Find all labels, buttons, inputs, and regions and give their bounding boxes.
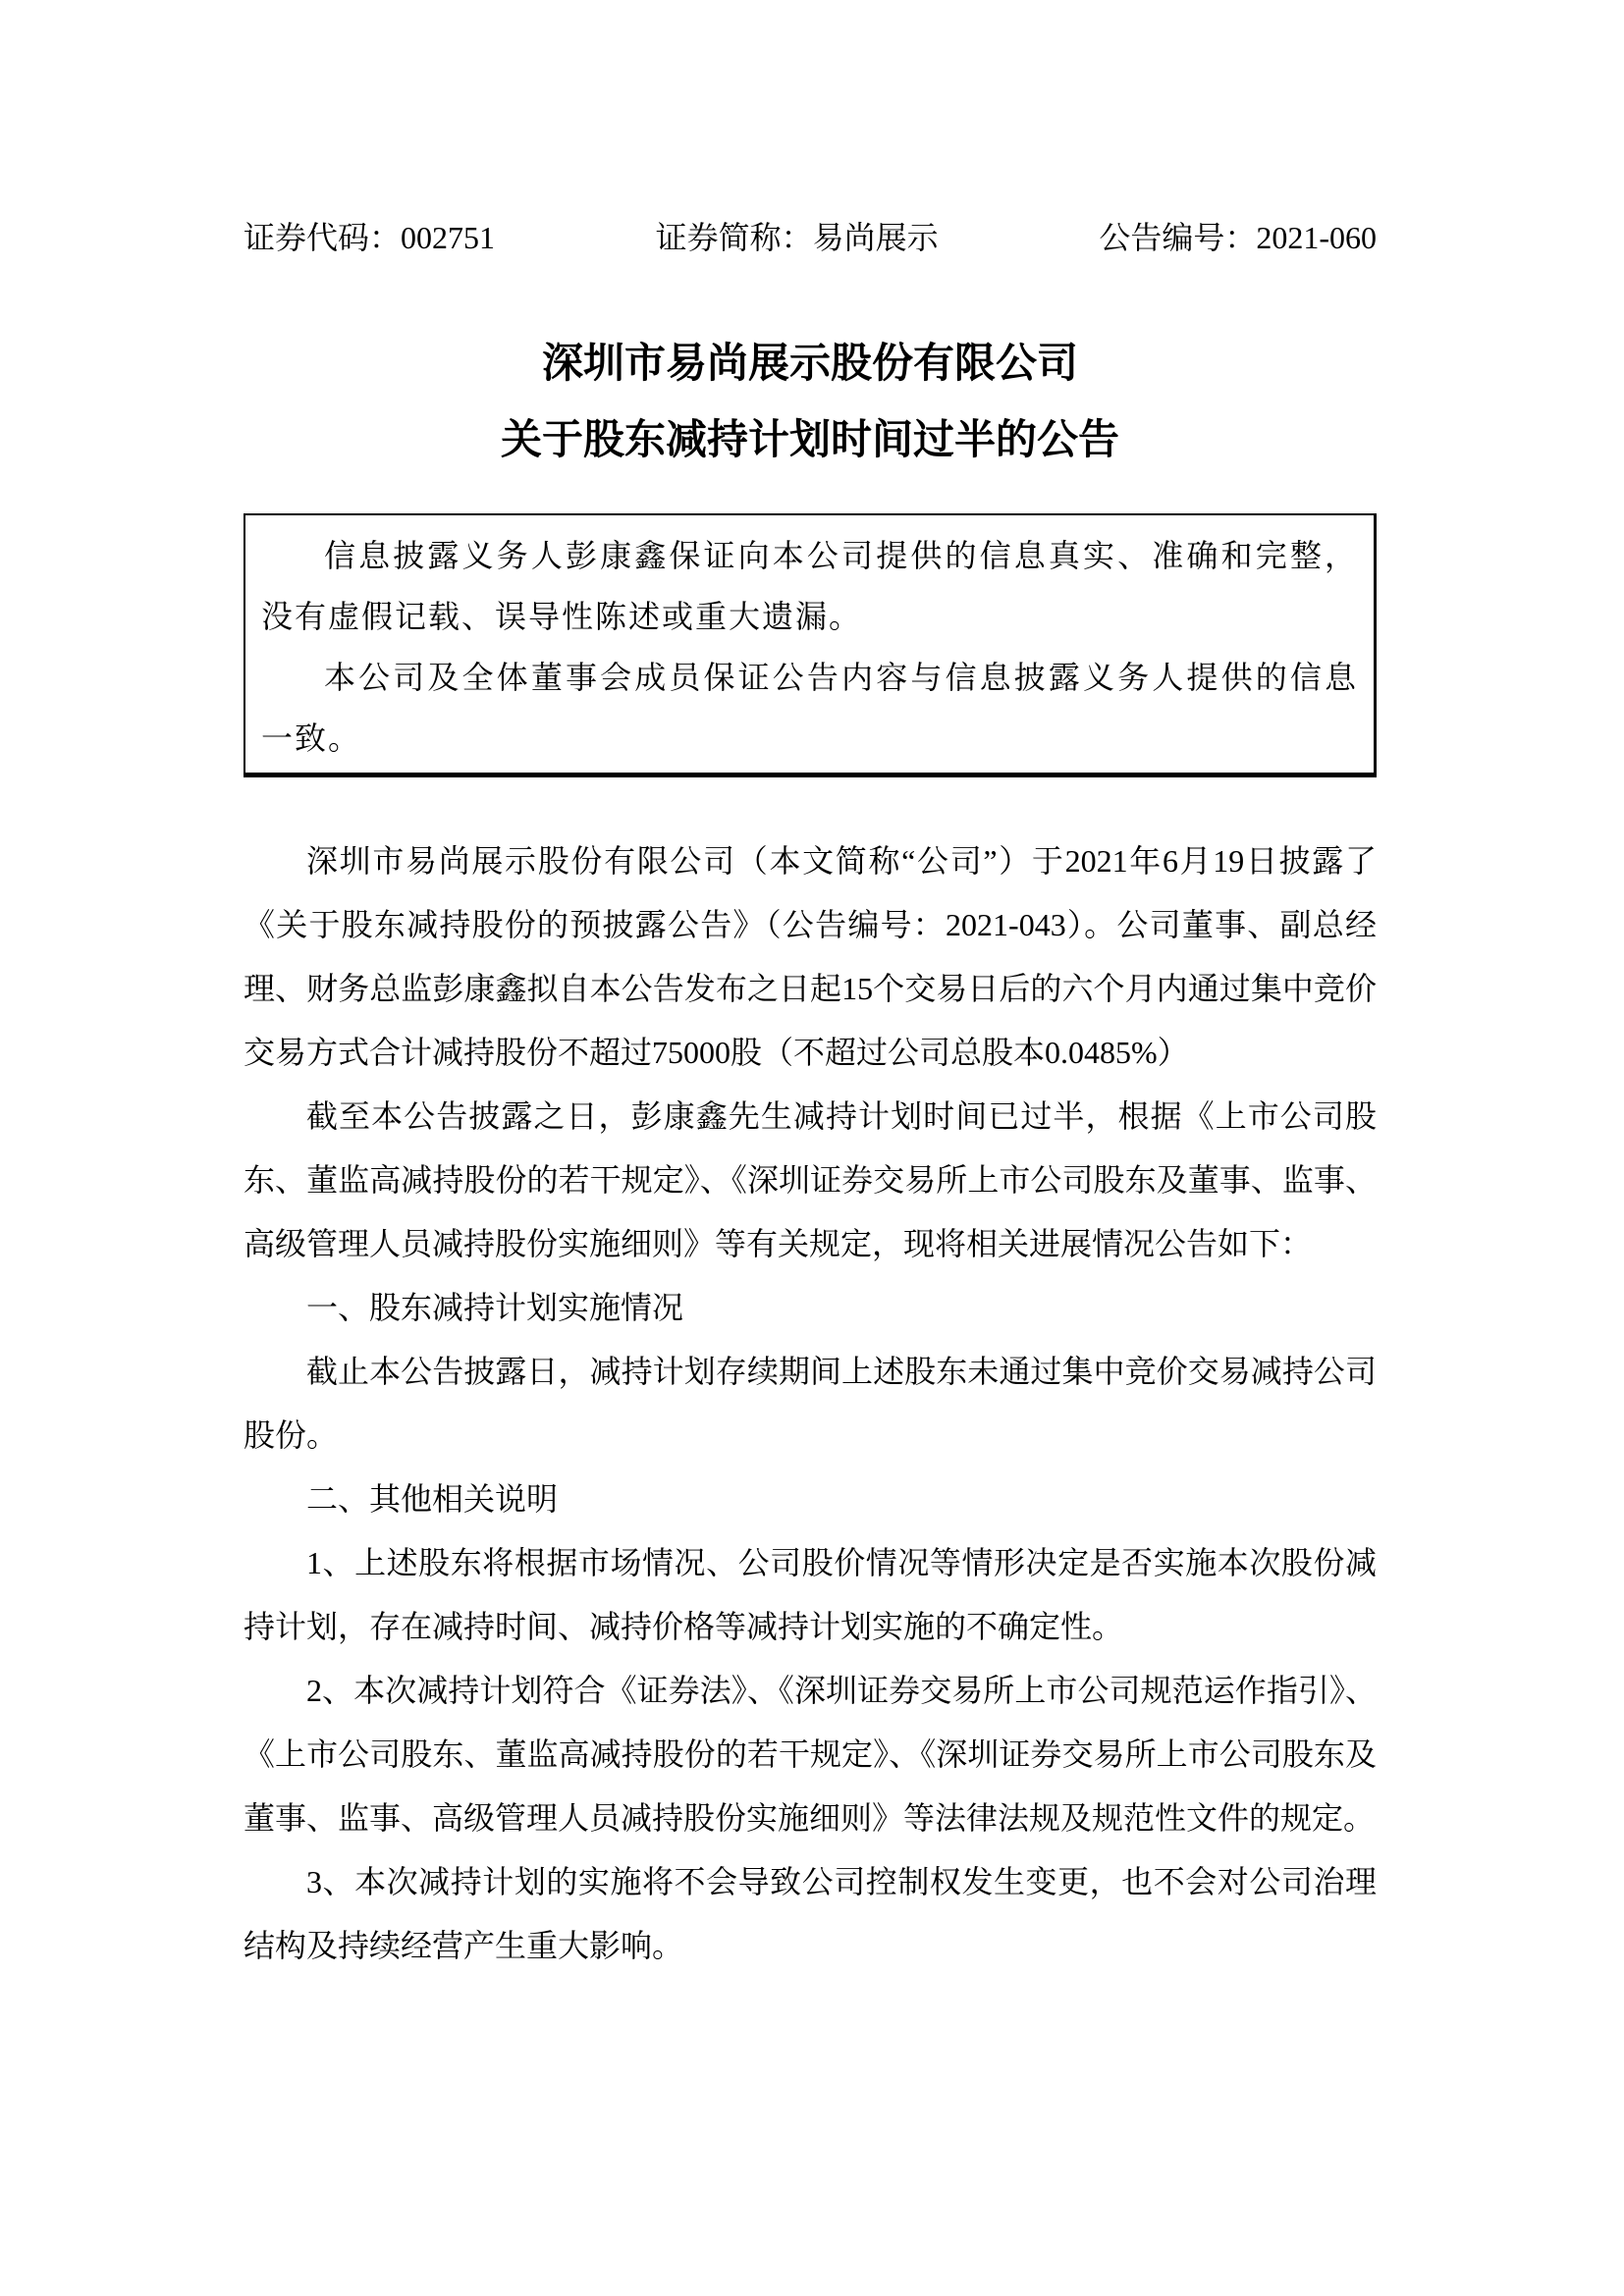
announcement-number: 公告编号：2021-060 bbox=[1099, 218, 1377, 257]
paragraph-note-1: 1、上述股东将根据市场情况、公司股价情况等情形决定是否实施本次股份减持计划，存在… bbox=[244, 1531, 1377, 1659]
document-content: 证券代码：002751 证券简称：易尚展示 公告编号：2021-060 深圳市易… bbox=[244, 0, 1377, 1978]
stock-code: 证券代码：002751 bbox=[244, 218, 495, 257]
paragraph-note-2: 2、本次减持计划符合《证券法》、《深圳证券交易所上市公司规范运作指引》、《上市公… bbox=[244, 1659, 1377, 1850]
document-header: 证券代码：002751 证券简称：易尚展示 公告编号：2021-060 bbox=[244, 218, 1377, 257]
paragraph-note-3: 3、本次减持计划的实施将不会导致公司控制权发生变更，也不会对公司治理结构及持续经… bbox=[244, 1850, 1377, 1978]
disclaimer-paragraph-1: 信息披露义务人彭康鑫保证向本公司提供的信息真实、准确和完整，没有虚假记载、误导性… bbox=[261, 525, 1358, 647]
stock-name: 证券简称：易尚展示 bbox=[656, 218, 939, 257]
document-page: 证券代码：002751 证券简称：易尚展示 公告编号：2021-060 深圳市易… bbox=[0, 0, 1624, 2296]
paragraph-pre-disclosure: 深圳市易尚展示股份有限公司（本文简称“公司”）于2021年6月19日披露了《关于… bbox=[244, 829, 1377, 1085]
title-block: 深圳市易尚展示股份有限公司 关于股东减持计划时间过半的公告 bbox=[244, 326, 1377, 479]
disclaimer-paragraph-2: 本公司及全体董事会成员保证公告内容与信息披露义务人提供的信息一致。 bbox=[261, 647, 1358, 769]
disclaimer-box: 信息披露义务人彭康鑫保证向本公司提供的信息真实、准确和完整，没有虚假记载、误导性… bbox=[244, 513, 1377, 777]
company-name-title: 深圳市易尚展示股份有限公司 bbox=[244, 326, 1377, 402]
section-heading-implementation: 一、股东减持计划实施情况 bbox=[244, 1276, 1377, 1340]
document-body: 深圳市易尚展示股份有限公司（本文简称“公司”）于2021年6月19日披露了《关于… bbox=[244, 829, 1377, 1978]
section-heading-other-notes: 二、其他相关说明 bbox=[244, 1468, 1377, 1531]
paragraph-implementation-status: 截止本公告披露日，减持计划存续期间上述股东未通过集中竞价交易减持公司股份。 bbox=[244, 1340, 1377, 1468]
announcement-title: 关于股东减持计划时间过半的公告 bbox=[244, 402, 1377, 479]
paragraph-halfway-notice: 截至本公告披露之日，彭康鑫先生减持计划时间已过半，根据《上市公司股东、董监高减持… bbox=[244, 1085, 1377, 1276]
